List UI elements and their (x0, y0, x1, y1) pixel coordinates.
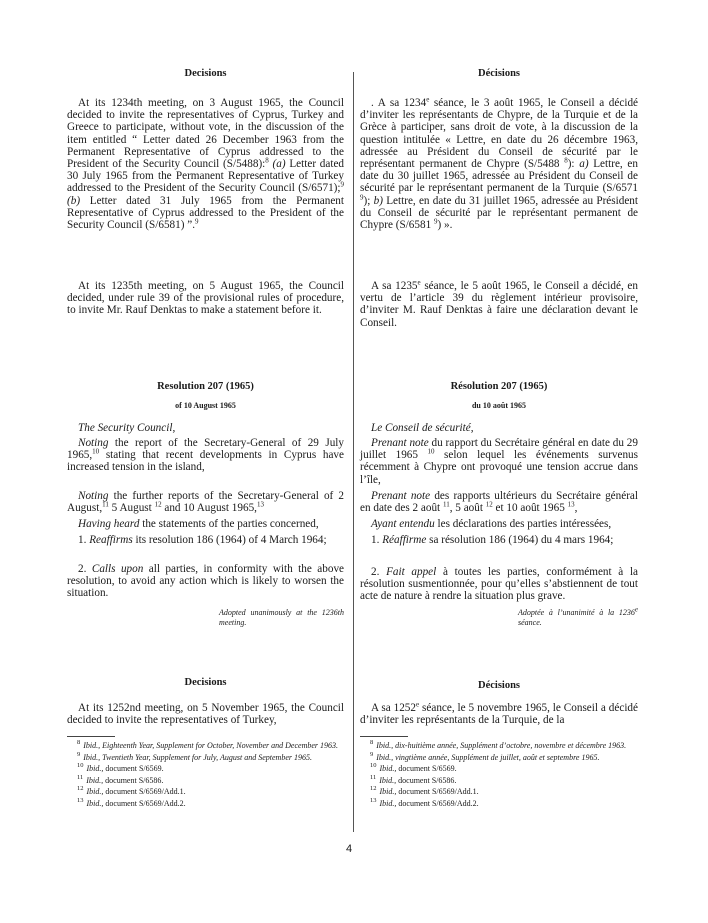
page-number: 4 (346, 843, 352, 855)
adoption-note: Adoptée à l’unanimité à la 1236e séance. (518, 608, 638, 628)
decision-1235-paragraph: A sa 1235e séance, le 5 août 1965, le Co… (360, 280, 638, 329)
footnote-ref[interactable]: 9 (341, 181, 345, 189)
having-heard-paragraph: Having heard the statements of the parti… (67, 518, 344, 530)
preamble: Le Conseil de sécurité, (360, 422, 638, 434)
footnote-8: 8Ibid., Eighteenth Year, Supplement for … (67, 741, 344, 752)
footnote-12: 12Ibid., document S/6569/Add.1. (67, 787, 344, 798)
footnote-9: 9Ibid., Twentieth Year, Supplement for J… (67, 753, 344, 764)
decision-1235-paragraph: At its 1235th meeting, on 5 August 1965,… (67, 280, 344, 317)
footnote-ref[interactable]: 9 (195, 217, 199, 225)
operative-paragraph-2: 2. Calls upon all parties, in conformity… (67, 563, 344, 600)
resolution-date: du 10 août 1965 (360, 400, 638, 412)
footnote-ref[interactable]: 10 (428, 447, 435, 455)
decision-1252-paragraph: A sa 1252e séance, le 5 novembre 1965, l… (360, 702, 638, 726)
adoption-note: Adopted unanimously at the 1236th meetin… (219, 608, 344, 628)
decisions-heading-2: Decisions (67, 677, 344, 689)
having-heard-paragraph: Ayant entendu les déclarations des parti… (360, 518, 638, 530)
operative-paragraph-1: 1. Reaffirms its resolution 186 (1964) o… (67, 534, 344, 546)
resolution-date: of 10 August 1965 (67, 400, 344, 412)
footnote-ref[interactable]: 13 (257, 500, 264, 508)
footnote-ref[interactable]: 11 (443, 500, 450, 508)
footnote-ref[interactable]: 13 (568, 500, 575, 508)
footnote-13: 13Ibid., document S/6569/Add.2. (67, 799, 344, 810)
noting-paragraph-2: Noting the further reports of the Secret… (67, 490, 344, 514)
preamble: The Security Council, (67, 422, 344, 434)
operative-paragraph-1: 1. Réaffirme sa résolution 186 (1964) du… (360, 534, 638, 546)
resolution-title: Resolution 207 (1965) (67, 381, 344, 393)
footnotes: 8Ibid., dix-huitième année, Supplément d… (360, 741, 638, 810)
french-column: Décisions . A sa 1234e séance, le 3 août… (360, 0, 638, 923)
decisions-heading: Decisions (67, 68, 344, 80)
resolution-title: Résolution 207 (1965) (360, 381, 638, 393)
footnote-ref[interactable]: 12 (155, 500, 162, 508)
footnote-8: 8Ibid., dix-huitième année, Supplément d… (360, 741, 638, 752)
footnote-ref[interactable]: 8 (265, 156, 269, 164)
footnote-11: 11Ibid., document S/6586. (360, 776, 638, 787)
decisions-heading-2: Décisions (360, 680, 638, 692)
footnote-12: 12Ibid., document S/6569/Add.1. (360, 787, 638, 798)
decision-1234-paragraph: At its 1234th meeting, on 3 August 1965,… (67, 97, 344, 231)
decision-1252-paragraph: At its 1252nd meeting, on 5 November 196… (67, 702, 344, 726)
footnote-10: 10Ibid., document S/6569. (67, 764, 344, 775)
footnote-10: 10Ibid., document S/6569. (360, 764, 638, 775)
decision-1234-paragraph: . A sa 1234e séance, le 3 août 1965, le … (360, 97, 638, 231)
operative-paragraph-2: 2. Fait appel à toutes les parties, conf… (360, 566, 638, 603)
footnote-rule (67, 736, 115, 737)
decisions-heading: Décisions (360, 68, 638, 80)
noting-paragraph-2: Prenant note des rapports ultérieurs du … (360, 490, 638, 514)
footnote-ref[interactable]: 11 (102, 500, 109, 508)
footnote-rule (360, 736, 408, 737)
english-column: Decisions At its 1234th meeting, on 3 Au… (67, 0, 344, 923)
footnote-ref[interactable]: 12 (486, 500, 493, 508)
noting-paragraph-1: Prenant note du rapport du Secrétaire gé… (360, 437, 638, 486)
footnotes: 8Ibid., Eighteenth Year, Supplement for … (67, 741, 344, 810)
noting-paragraph-1: Noting the report of the Secretary-Gener… (67, 437, 344, 474)
footnote-13: 13Ibid., document S/6569/Add.2. (360, 799, 638, 810)
footnote-9: 9Ibid., vingtième année, Supplément de j… (360, 753, 638, 764)
column-divider (353, 72, 354, 832)
footnote-11: 11Ibid., document S/6586. (67, 776, 344, 787)
